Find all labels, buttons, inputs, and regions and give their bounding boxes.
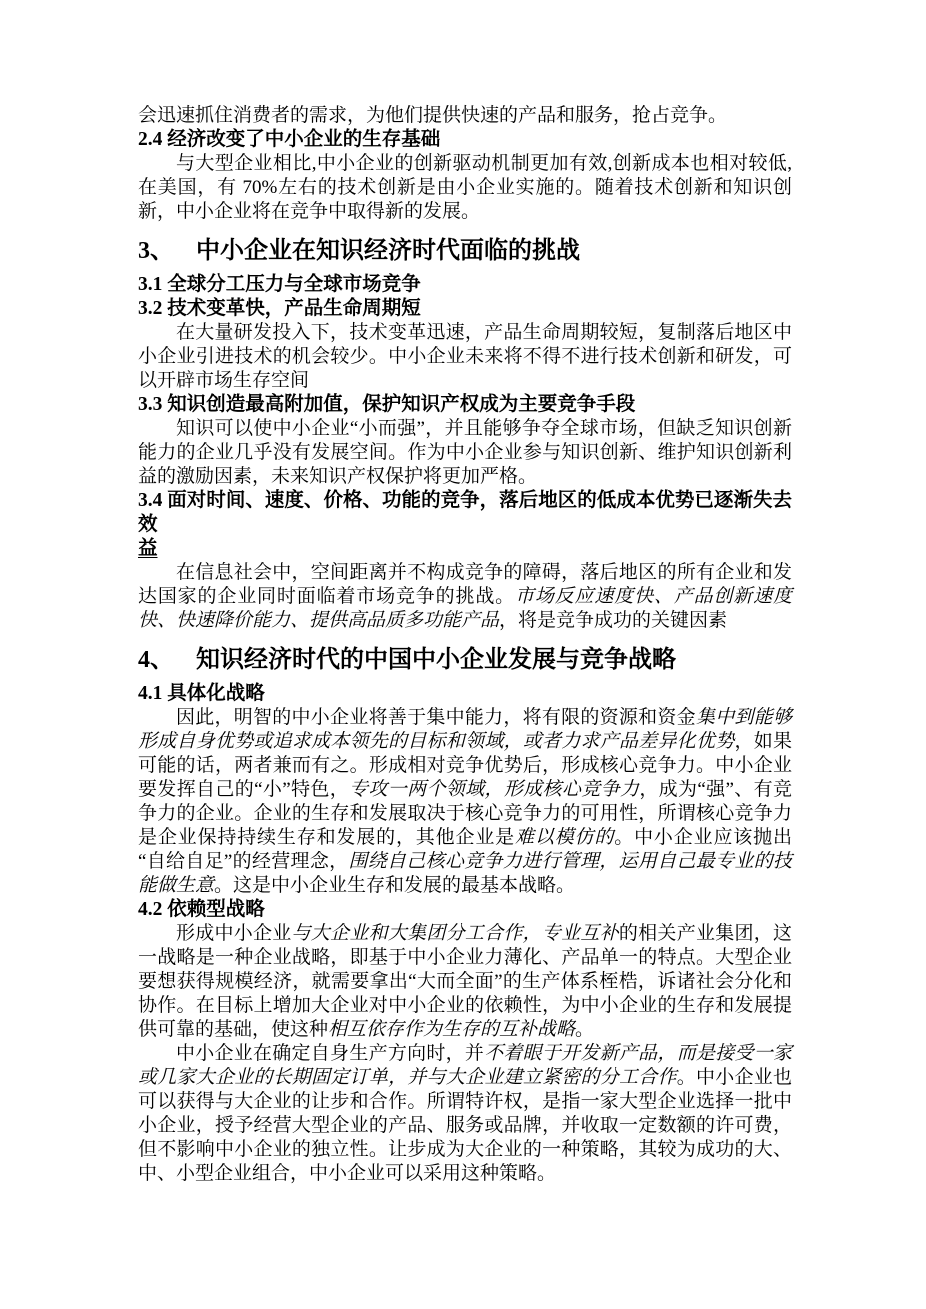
heading-4: 4、知识经济时代的中国中小企业发展与竞争战略 <box>138 643 792 677</box>
para-continuation: 会迅速抓住消费者的需求，为他们提供快速的产品和服务，抢占竞争。 <box>138 104 792 128</box>
heading-text-run: 3.3 知识创造最高附加值，保护知识产权成为主要竞争手段 <box>138 394 635 415</box>
body-text-run: ，将是竞争成功的关键因素 <box>499 610 727 631</box>
document-content: 会迅速抓住消费者的需求，为他们提供快速的产品和服务，抢占竞争。2.4 经济改变了… <box>138 104 792 1186</box>
heading-text-run: 3.4 面对时间、速度、价格、功能的竞争，落后地区的低成本优势已逐渐失去效 <box>138 490 792 535</box>
body-text-run: 因此，明智的中小企业将善于集中能力，将有限的资源和资金 <box>176 707 696 728</box>
heading-number: 4、 <box>138 643 196 677</box>
heading-3: 3、中小企业在知识经济时代面临的挑战 <box>138 234 792 268</box>
body-text-run: 与大型企业相比,中小企业的创新驱动机制更加有效,创新成本也相对较低,在美国，有 … <box>138 153 792 222</box>
body-text-run: 专攻一两个领域，形成核心竞争力 <box>349 779 639 800</box>
heading-text-run: 4.1 具体化战略 <box>138 683 265 704</box>
body-text-run: 难以模仿的 <box>515 827 614 848</box>
heading-text-run: 3.2 技术变革快，产品生命周期短 <box>138 298 421 319</box>
body-text-run: 。 <box>575 1019 594 1040</box>
para-4-2-a: 形成中小企业与大企业和大集团分工合作，专业互补的相关产业集团，这一战略是一种企业… <box>138 922 792 1042</box>
body-text-run: 在大量研发投入下，技术变革迅速，产品生命周期较短，复制落后地区中小企业引进技术的… <box>138 322 792 391</box>
para-3-4: 在信息社会中，空间距离并不构成竞争的障碍，落后地区的所有企业和发达国家的企业同时… <box>138 561 792 633</box>
para-4-2-b: 中小企业在确定自身生产方向时，并不着眼于开发新产品，而是接受一家或几家大企业的长… <box>138 1042 792 1186</box>
body-text-run: 相互依存作为生存的互补战略 <box>328 1019 575 1040</box>
heading-4-1: 4.1 具体化战略 <box>138 682 792 706</box>
body-text-run: 形成中小企业 <box>176 923 292 944</box>
heading-text-run: 4.2 依赖型战略 <box>138 899 265 920</box>
heading-text-run: 3.1 全球分工压力与全球市场竞争 <box>138 274 421 295</box>
body-text-run: 中小企业在确定自身生产方向时，并 <box>176 1043 484 1064</box>
body-text-run: 。这是中小企业生存和发展的最基本战略。 <box>214 875 575 896</box>
heading-4-2: 4.2 依赖型战略 <box>138 898 792 922</box>
heading-number: 3、 <box>138 234 196 268</box>
body-text-run: 与大企业和大集团分工合作，专业互补 <box>292 923 619 944</box>
heading-3-4: 3.4 面对时间、速度、价格、功能的竞争，落后地区的低成本优势已逐渐失去效益 <box>138 489 792 561</box>
heading-text-run: 益 <box>138 538 158 559</box>
para-3-2: 在大量研发投入下，技术变革迅速，产品生命周期较短，复制落后地区中小企业引进技术的… <box>138 321 792 393</box>
heading-3-3: 3.3 知识创造最高附加值，保护知识产权成为主要竞争手段 <box>138 393 792 417</box>
body-text-run: 知识可以使中小企业“小而强”，并且能够争夺全球市场，但缺乏知识创新能力的企业几乎… <box>138 418 792 487</box>
para-4-1: 因此，明智的中小企业将善于集中能力，将有限的资源和资金集中到能够形成自身优势或追… <box>138 706 792 898</box>
heading-text-run: 2.4 经济改变了中小企业的生存基础 <box>138 129 440 150</box>
heading-3-1: 3.1 全球分工压力与全球市场竞争 <box>138 273 792 297</box>
para-3-3: 知识可以使中小企业“小而强”，并且能够争夺全球市场，但缺乏知识创新能力的企业几乎… <box>138 417 792 489</box>
body-text-run: 会迅速抓住消费者的需求，为他们提供快速的产品和服务，抢占竞争。 <box>138 105 727 126</box>
heading-title: 中小企业在知识经济时代面临的挑战 <box>196 238 580 264</box>
heading-2-4: 2.4 经济改变了中小企业的生存基础 <box>138 128 792 152</box>
heading-3-2: 3.2 技术变革快，产品生命周期短 <box>138 297 792 321</box>
para-2-4: 与大型企业相比,中小企业的创新驱动机制更加有效,创新成本也相对较低,在美国，有 … <box>138 152 792 224</box>
heading-title: 知识经济时代的中国中小企业发展与竞争战略 <box>196 647 676 673</box>
document-page: 会迅速抓住消费者的需求，为他们提供快速的产品和服务，抢占竞争。2.4 经济改变了… <box>0 0 926 1309</box>
